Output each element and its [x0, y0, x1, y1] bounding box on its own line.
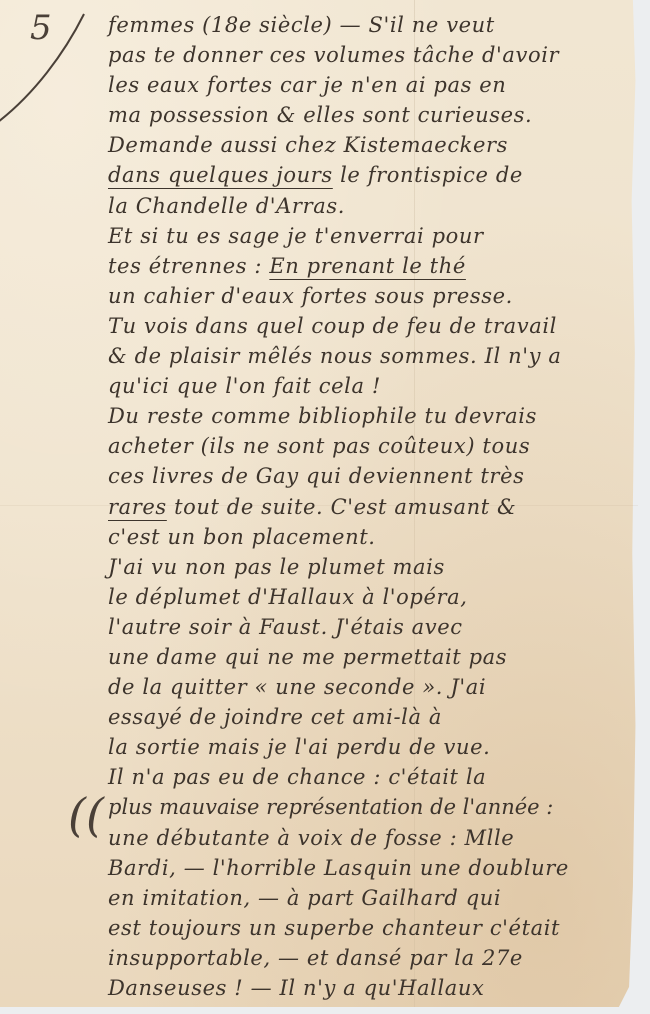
text-line: un cahier d'eaux fortes sous presse.	[108, 283, 513, 309]
text-line: la Chandelle d'Arras.	[108, 193, 345, 219]
text-line: le déplumet d'Hallaux à l'opéra,	[108, 584, 468, 610]
margin-brackets: ((	[68, 788, 104, 842]
text-line: acheter (ils ne sont pas coûteux) tous	[108, 433, 530, 459]
text-line: la sortie mais je l'ai perdu de vue.	[108, 734, 490, 760]
text-line: plus mauvaise représentation de l'année …	[108, 794, 553, 820]
text-line: Bardi, — l'horrible Lasquin une doublure	[108, 855, 569, 881]
text-line: les eaux fortes car je n'en ai pas en	[108, 72, 506, 98]
text-line: Et si tu es sage je t'enverrai pour	[108, 223, 484, 249]
margin-slash-stroke	[0, 4, 114, 124]
text-line: ma possession & elles sont curieuses.	[108, 102, 532, 128]
text-line: insupportable, — et dansé par la 27e	[108, 945, 523, 971]
text-line: l'autre soir à Faust. J'étais avec	[108, 614, 463, 640]
text-line: Du reste comme bibliophile tu devrais	[108, 403, 537, 429]
text-line: Il n'a pas eu de chance : c'était la	[108, 764, 486, 790]
text-line: ces livres de Gay qui deviennent très	[108, 463, 524, 489]
text-line: une dame qui ne me permettait pas	[108, 644, 507, 670]
text-line: est toujours un superbe chanteur c'était	[108, 915, 560, 941]
text-line: & de plaisir mêlés nous sommes. Il n'y a	[108, 343, 561, 369]
text-line: essayé de joindre cet ami-là à	[108, 704, 442, 730]
text-line: tes étrennes : En prenant le thé	[108, 253, 466, 279]
text-line: Tu vois dans quel coup de feu de travail	[108, 313, 557, 339]
text-line: qu'ici que l'on fait cela !	[108, 373, 381, 399]
text-line: une débutante à voix de fosse : Mlle	[108, 825, 514, 851]
underlined-phrase: rares	[108, 495, 167, 519]
text-line: pas te donner ces volumes tâche d'avoir	[108, 42, 559, 68]
text-line: de la quitter « une seconde ». J'ai	[108, 674, 486, 700]
text-line: en imitation, — à part Gailhard qui	[108, 885, 501, 911]
text-line: Danseuses ! — Il n'y a qu'Hallaux	[108, 975, 484, 1001]
text-line: femmes (18e siècle) — S'il ne veut	[108, 12, 495, 38]
text-line: rares tout de suite. C'est amusant &	[108, 494, 516, 520]
text-line: Demande aussi chez Kistemaeckers	[108, 132, 508, 158]
text-line: J'ai vu non pas le plumet mais	[108, 554, 445, 580]
text-line: c'est un bon placement.	[108, 524, 376, 550]
underlined-phrase: En prenant le thé	[269, 254, 466, 278]
underlined-phrase: dans quelques jours	[108, 163, 333, 187]
text-line: dans quelques jours le frontispice de	[108, 162, 523, 188]
